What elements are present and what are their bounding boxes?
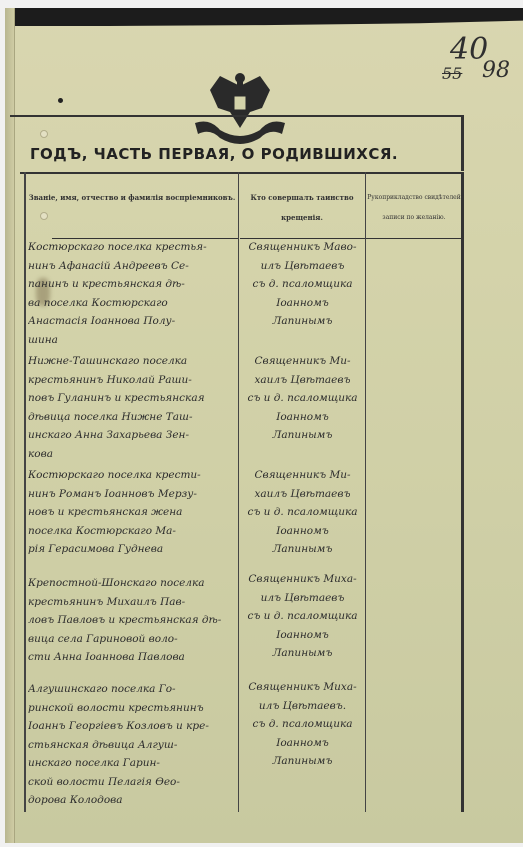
text-line: хаилъ Цвѣтаевъ <box>241 485 364 504</box>
folio-struck-number: 55 <box>442 64 462 83</box>
text-line: Священникъ Ми- <box>241 352 364 371</box>
entry-godparents: Крепостной-Шонскаго поселка крестьянинъ … <box>28 574 236 667</box>
column-divider <box>365 172 366 812</box>
text-line: Лапинымъ <box>241 426 364 445</box>
text-line: Костюрскаго поселка крести- <box>28 466 236 485</box>
text-line: вица села Гариновой воло- <box>28 630 236 649</box>
text-line: повъ Гуланинъ и крестьянская <box>28 389 236 408</box>
text-line: Іоанномъ <box>241 408 364 427</box>
text-line: Іоаннъ Георгіевъ Козловъ и кре- <box>28 717 236 736</box>
page-title: ГОДЪ, ЧАСТЬ ПЕРВАЯ, О РОДИВШИХСЯ. <box>30 145 398 163</box>
text-line: съ д. псаломщика <box>241 275 364 294</box>
text-line: сти Анна Іоаннова Павлова <box>28 648 236 667</box>
column-header-witness-signatures: Рукоприкладство свидѣтелей записи по жел… <box>366 188 462 228</box>
column-header-baptizer: Кто совершалъ таинство крещенія. <box>239 188 365 228</box>
text-line: ва поселка Костюрскаго <box>28 294 236 313</box>
text-line: Нижне-Ташинскаго поселка <box>28 352 236 371</box>
text-line: рія Герасимова Гуднева <box>28 540 236 559</box>
text-line: Іоанномъ <box>241 734 364 753</box>
text-line: кова <box>28 445 236 464</box>
text-line: Лапинымъ <box>241 752 364 771</box>
ink-dot <box>58 98 63 103</box>
text-line: Лапинымъ <box>241 540 364 559</box>
text-line: новъ и крестьянская жена <box>28 503 236 522</box>
entry-priest: Священникъ Маво- илъ Цвѣтаевъ съ д. псал… <box>241 238 364 331</box>
header-rule <box>366 238 462 239</box>
text-line: дорова Колодова <box>28 791 236 810</box>
text-line: инскаго поселка Гарин- <box>28 754 236 773</box>
text-line: крестьянинъ Михаилъ Пав- <box>28 593 236 612</box>
scan-shadow <box>5 8 523 26</box>
text-line: Іоанномъ <box>241 294 364 313</box>
text-line: Алгушинскаго поселка Го- <box>28 680 236 699</box>
text-line: Священникъ Миха- <box>241 570 364 589</box>
text-line: съ и д. псаломщика <box>241 607 364 626</box>
text-line: съ и д. псаломщика <box>241 503 364 522</box>
text-line: хаилъ Цвѣтаевъ <box>241 371 364 390</box>
entry-godparents: Нижне-Ташинскаго поселка крестьянинъ Ник… <box>28 352 236 463</box>
text-line: Священникъ Ми- <box>241 466 364 485</box>
text-line: илъ Цвѣтаевъ <box>241 257 364 276</box>
entry-godparents: Алгушинскаго поселка Го- ринской волости… <box>28 680 236 810</box>
entry-godparents: Костюрскаго поселка крестья- нинъ Афанас… <box>28 238 236 349</box>
text-line: ринской волости крестьянинъ <box>28 699 236 718</box>
text-line: нинъ Афанасій Андреевъ Се- <box>28 257 236 276</box>
column-divider <box>238 172 239 812</box>
text-line: илъ Цвѣтаевъ. <box>241 697 364 716</box>
text-line: поселка Костюрскаго Ма- <box>28 522 236 541</box>
text-line: Священникъ Маво- <box>241 238 364 257</box>
column-divider <box>24 172 26 812</box>
entry-priest: Священникъ Ми- хаилъ Цвѣтаевъ съ и д. пс… <box>241 466 364 559</box>
text-line: стьянская дѣвица Алгуш- <box>28 736 236 755</box>
text-line: Лапинымъ <box>241 644 364 663</box>
text-line: ской волости Пелагія Ѳео- <box>28 773 236 792</box>
text-line: нинъ Романъ Іоанновъ Мерзу- <box>28 485 236 504</box>
text-line: инскаго Анна Захарьева Зен- <box>28 426 236 445</box>
folio-new-number: 98 <box>482 58 510 83</box>
entry-priest: Священникъ Миха- илъ Цвѣтаевъ съ и д. пс… <box>241 570 364 663</box>
text-line: Костюрскаго поселка крестья- <box>28 238 236 257</box>
text-line: ловъ Павловъ и крестьянская дѣ- <box>28 611 236 630</box>
text-line: Анастасія Іоаннова Полу- <box>28 312 236 331</box>
text-line: Лапинымъ <box>241 312 364 331</box>
text-line: илъ Цвѣтаевъ <box>241 589 364 608</box>
text-line: крестьянинъ Николай Раши- <box>28 371 236 390</box>
text-line: панинъ и крестьянская дѣ- <box>28 275 236 294</box>
text-line: Священникъ Миха- <box>241 678 364 697</box>
text-line: Іоанномъ <box>241 522 364 541</box>
text-line: Іоанномъ <box>241 626 364 645</box>
text-line: шина <box>28 331 236 350</box>
column-header-godparents: Званіе, имя, отчество и фамилія воспріем… <box>26 188 238 208</box>
entry-priest: Священникъ Миха- илъ Цвѣтаевъ. съ д. пса… <box>241 678 364 771</box>
text-line: съ д. псаломщика <box>241 715 364 734</box>
text-line: съ и д. псаломщика <box>241 389 364 408</box>
entry-priest: Священникъ Ми- хаилъ Цвѣтаевъ съ и д. пс… <box>241 352 364 445</box>
text-line: дѣвица поселка Нижне Таш- <box>28 408 236 427</box>
entry-godparents: Костюрскаго поселка крести- нинъ Романъ … <box>28 466 236 559</box>
text-line: Крепостной-Шонскаго поселка <box>28 574 236 593</box>
